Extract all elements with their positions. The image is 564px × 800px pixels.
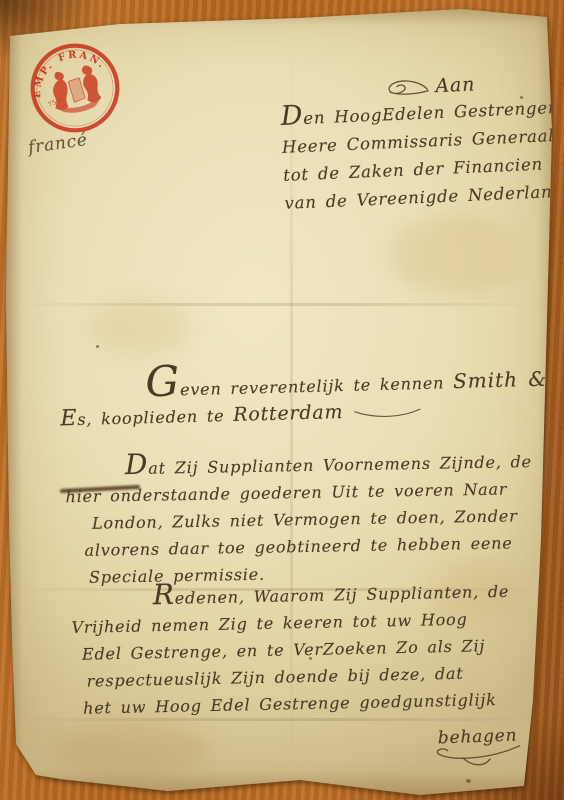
- opening-text-cont: Es, kooplieden te: [60, 406, 233, 430]
- petition-closing-paragraph: Redenen, Waarom Zij Supplianten, de Vrij…: [61, 577, 556, 722]
- closing-word: behagen: [431, 725, 524, 770]
- address-block: Aan Den HoogEdelen Gestrengen Heere Comm…: [279, 68, 557, 218]
- empire-francais-stamp-icon: EMP. FRAN. 75 c: [20, 34, 130, 142]
- paper-stain: [390, 215, 520, 295]
- pen-flourish-icon: [383, 77, 430, 97]
- petitioner-names: Smith & Van: [453, 365, 564, 393]
- paper-sheet-wrap: geëxhib: 17 maart 1814 L.M. EMP. FRAN.: [0, 0, 564, 800]
- paper-stain: [90, 300, 190, 355]
- svg-text:FRAN.: FRAN.: [57, 44, 109, 77]
- petition-opening-paragraph: Geven reverentelijk te kennen Smith & Va…: [59, 366, 552, 434]
- petition-request-paragraph: Dat Zij Supplianten Voornemens Zijnde, d…: [59, 448, 553, 592]
- salutation-text: Aan: [435, 71, 476, 99]
- closing-text: behagen: [438, 726, 518, 749]
- city-name: Rotterdam: [233, 401, 344, 426]
- fold-crease: [0, 303, 564, 306]
- registry-annotation: geëxhib: 17 maart 1814 L.M.: [24, 1, 280, 32]
- paper-sheet: geëxhib: 17 maart 1814 L.M. EMP. FRAN.: [0, 0, 564, 800]
- pen-flourish-icon: [352, 405, 422, 419]
- stamp-graphic: EMP. FRAN. 75 c: [20, 34, 130, 142]
- stamp-allegorical-figures: [49, 64, 102, 116]
- paper-stain: [60, 720, 210, 775]
- document-photo: geëxhib: 17 maart 1814 L.M. EMP. FRAN.: [0, 0, 564, 800]
- ink-speck: [466, 779, 471, 783]
- opening-text: Geven reverentelijk te kennen: [145, 373, 453, 400]
- ink-speck: [96, 345, 99, 348]
- stamp-text-fran: FRAN.: [57, 44, 109, 77]
